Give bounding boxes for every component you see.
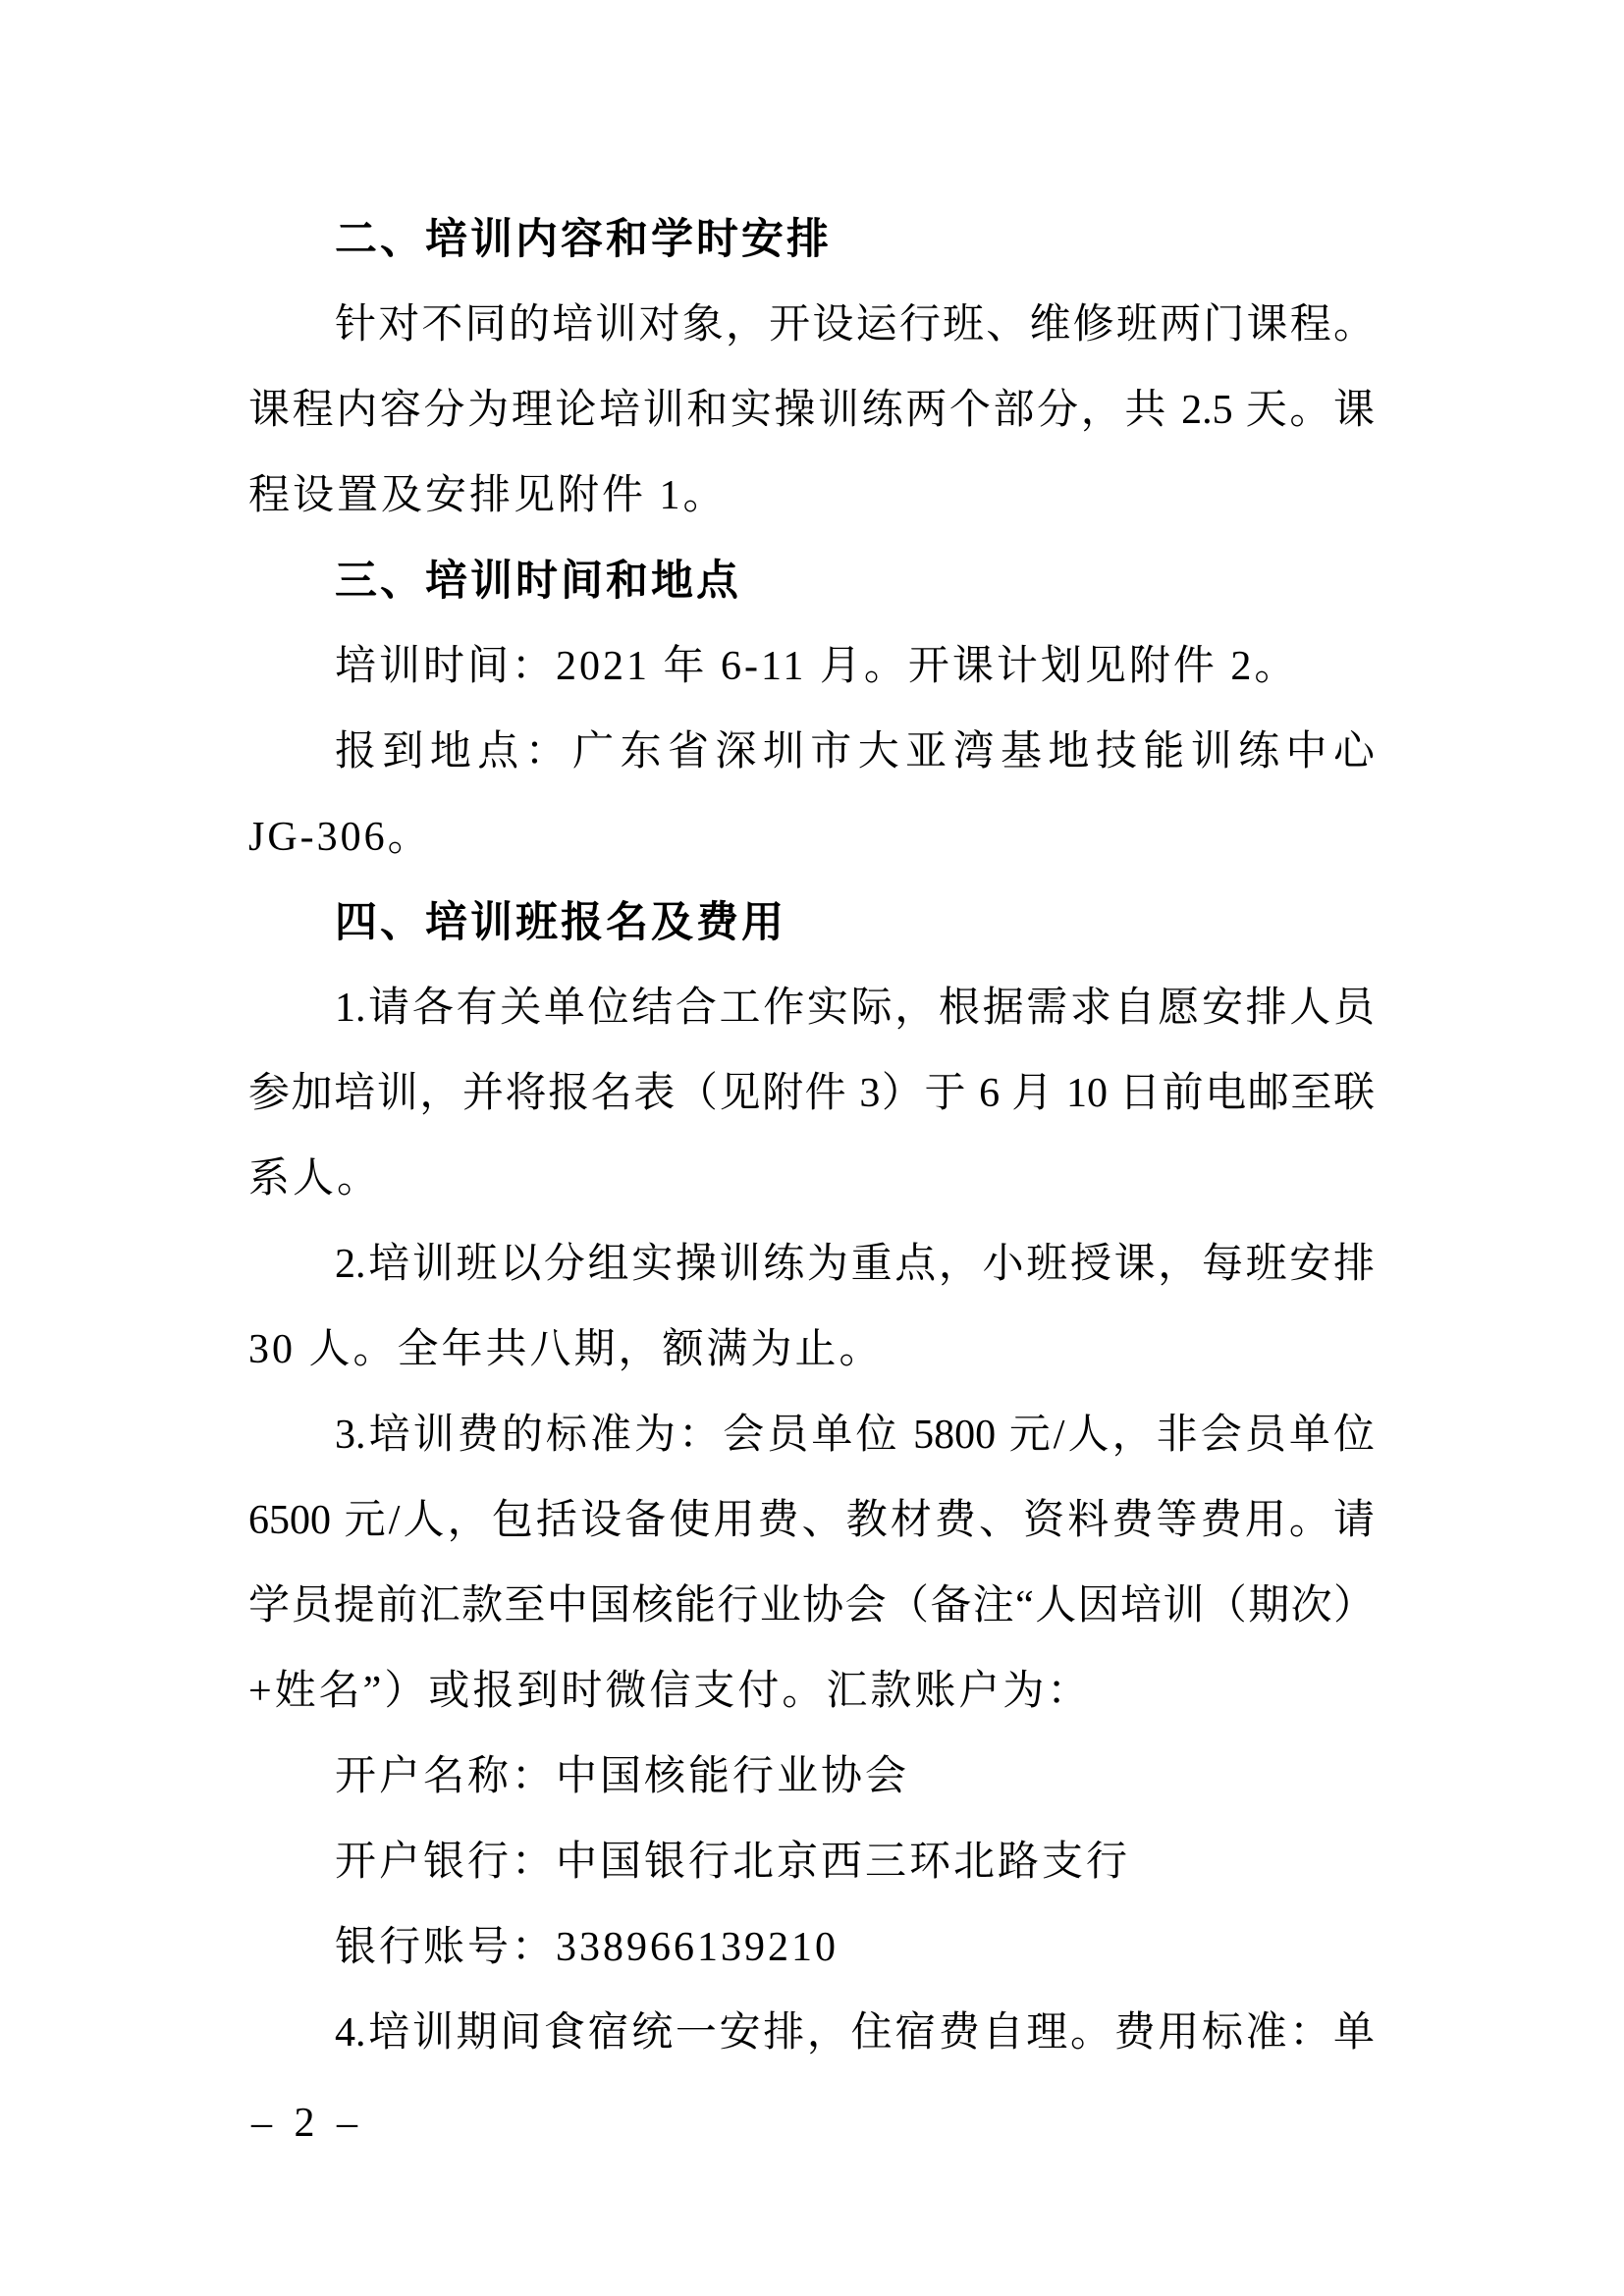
paragraph-line: JG-306。 <box>248 795 1375 881</box>
section-heading-3: 三、培训时间和地点 <box>248 539 1375 624</box>
account-bank-line: 开户银行：中国银行北京西三环北路支行 <box>248 1820 1375 1905</box>
paragraph-line: 程设置及安排见附件 1。 <box>248 454 1375 539</box>
paragraph-line: 培训时间：2021 年 6-11 月。开课计划见附件 2。 <box>248 624 1375 710</box>
paragraph-line: 报到地点：广东省深圳市大亚湾基地技能训练中心 <box>248 710 1375 795</box>
paragraph-line: 3.培训费的标准为：会员单位 5800 元/人，非会员单位 <box>248 1393 1375 1478</box>
paragraph-line: 1.请各有关单位结合工作实际，根据需求自愿安排人员 <box>248 966 1375 1051</box>
paragraph-line: 针对不同的培训对象，开设运行班、维修班两门课程。 <box>248 283 1375 368</box>
paragraph-line: 6500 元/人，包括设备使用费、教材费、资料费等费用。请 <box>248 1478 1375 1564</box>
paragraph-line: 2.培训班以分组实操训练为重点，小班授课，每班安排 <box>248 1222 1375 1308</box>
account-number-line: 银行账号：338966139210 <box>248 1905 1375 1991</box>
paragraph-line: 课程内容分为理论培训和实操训练两个部分，共 2.5 天。课 <box>248 368 1375 454</box>
paragraph-line: 参加培训，并将报名表（见附件 3）于 6 月 10 日前电邮至联 <box>248 1051 1375 1137</box>
document-body: 二、培训内容和学时安排 针对不同的培训对象，开设运行班、维修班两门课程。 课程内… <box>248 197 1375 2076</box>
page-number: – 2 – <box>251 2081 363 2166</box>
account-name-line: 开户名称：中国核能行业协会 <box>248 1735 1375 1820</box>
section-heading-2: 二、培训内容和学时安排 <box>248 197 1375 283</box>
document-page: 二、培训内容和学时安排 针对不同的培训对象，开设运行班、维修班两门课程。 课程内… <box>0 0 1624 2296</box>
paragraph-line: 30 人。全年共八期，额满为止。 <box>248 1308 1375 1393</box>
paragraph-line: +姓名”）或报到时微信支付。汇款账户为： <box>248 1649 1375 1735</box>
paragraph-line: 4.培训期间食宿统一安排，住宿费自理。费用标准：单 <box>248 1991 1375 2076</box>
section-heading-4: 四、培训班报名及费用 <box>248 881 1375 966</box>
paragraph-line: 学员提前汇款至中国核能行业协会（备注“人因培训（期次） <box>248 1564 1375 1649</box>
paragraph-line: 系人。 <box>248 1137 1375 1222</box>
